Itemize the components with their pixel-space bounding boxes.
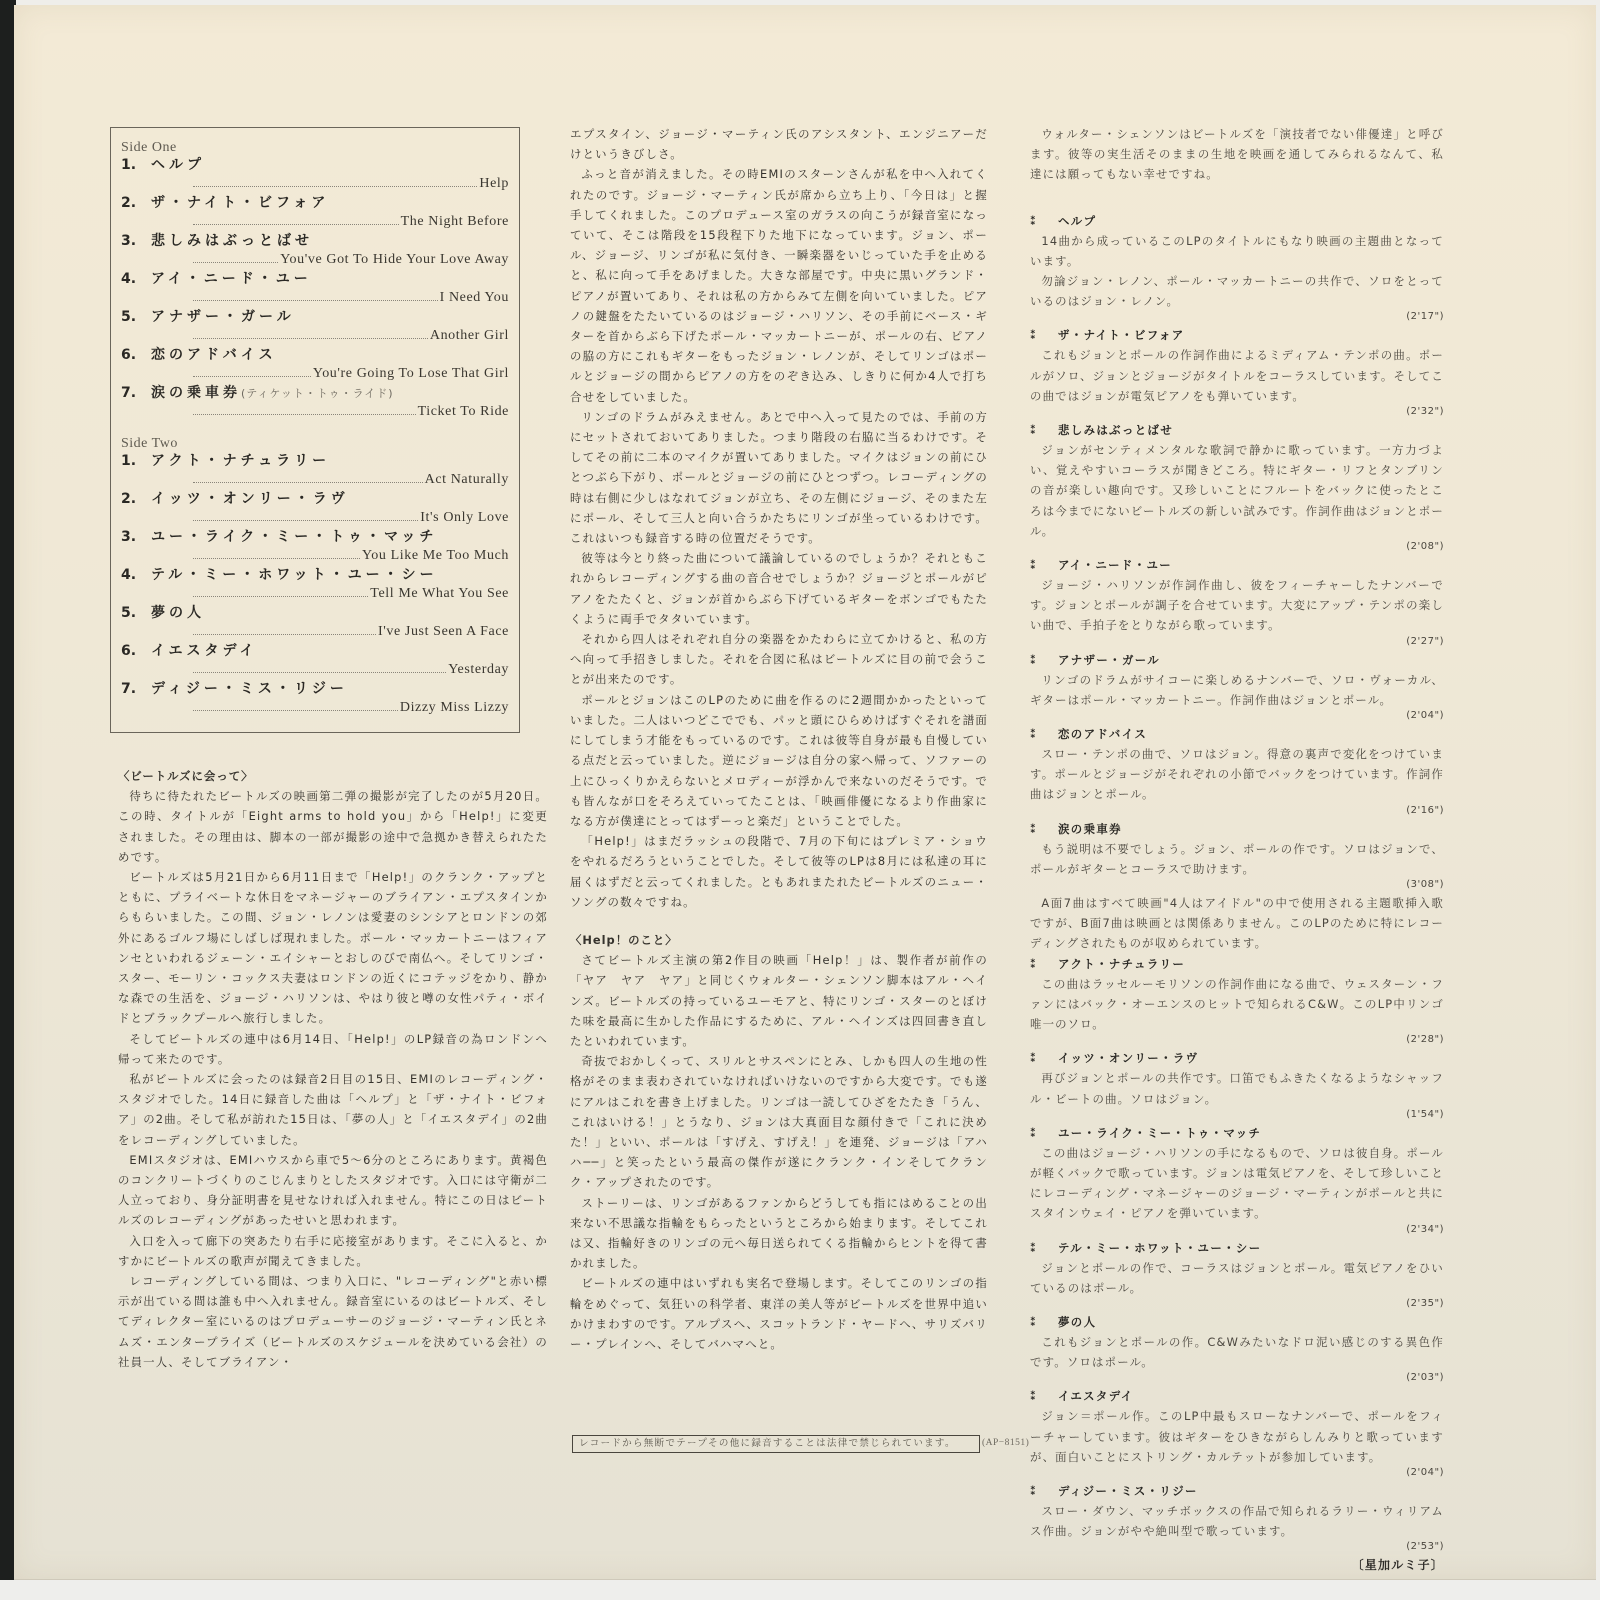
essay-heading: 〈ビートルズに会って〉 xyxy=(118,766,548,786)
side-two-label: Side Two xyxy=(121,436,509,452)
song-note: ⁑ヘルプ14曲から成っているこのLPのタイトルにもなり映画の主題曲となっています… xyxy=(1030,211,1444,326)
track-number: 6. xyxy=(121,642,151,660)
song-note-title-text: アイ・ニード・ユー xyxy=(1058,558,1172,572)
essay-paragraph: 「Help!」はまだラッシュの段階で、7月の下旬にはプレミア・ショウをやれるだろ… xyxy=(570,831,988,912)
song-note-title-text: ユー・ライク・ミー・トゥ・マッチ xyxy=(1058,1126,1261,1140)
song-note-text: 勿論ジョン・レノン、ポール・マッカートニーの共作で、ソロをとっているのはジョン・… xyxy=(1030,271,1444,311)
song-notes-column: ウォルター・シェンソンはビートルズを「演技者でない俳優達」と呼びます。彼等の実生… xyxy=(1030,124,1444,1576)
track-row: 6.イエスタデイYesterday xyxy=(121,642,509,680)
song-note-text: リンゴのドラムがサイコーに楽しめるナンバーで、ソロ・ヴォーカル、ギターはポール・… xyxy=(1030,670,1444,710)
track-title-english: Act Naturally xyxy=(425,471,509,489)
track-number: 7. xyxy=(121,680,151,698)
ornament-icon: ⁑ xyxy=(1030,211,1058,231)
song-note-title-text: ディジー・ミス・リジー xyxy=(1058,1484,1198,1498)
track-title-reading: (ティケット・トゥ・ライド) xyxy=(241,387,394,400)
leader-dots xyxy=(193,622,376,635)
legal-notice: レコードから無断でテープその他に録音することは法律で禁じられています。 xyxy=(572,1435,980,1453)
song-duration: (2'27") xyxy=(1030,634,1444,650)
track-row: 7.ディジー・ミス・リジーDizzy Miss Lizzy xyxy=(121,680,509,718)
essay-paragraph: 彼等は今とり終った曲について議論しているのでしょうか？それともこれからレコーディ… xyxy=(570,548,988,629)
track-title-english: Help xyxy=(479,175,509,193)
track-title-english: I've Just Seen A Face xyxy=(378,623,509,641)
track-number: 3. xyxy=(121,528,151,546)
help-section-body: さてビートルズ主演の第2作目の映画「Help！」は、製作者が前作の「ヤア ヤア … xyxy=(570,950,988,1354)
track-title-english-row: You Like Me Too Much xyxy=(193,546,509,565)
song-note-text: これもジョンとポールの作。C&Wみたいなドロ泥い感じのする異色作です。ソロはポー… xyxy=(1030,1332,1444,1372)
help-paragraph: さてビートルズ主演の第2作目の映画「Help！」は、製作者が前作の「ヤア ヤア … xyxy=(570,950,988,1051)
track-title-jp-text: ヘルプ xyxy=(151,157,205,173)
side-one-label: Side One xyxy=(121,140,509,156)
leader-dots xyxy=(193,698,398,711)
song-note-title: ⁑涙の乗車券 xyxy=(1030,819,1444,839)
essay-body-left: 待ちに待たれたビートルズの映画第二弾の撮影が完了したのが5月20日。この時、タイ… xyxy=(118,786,548,1372)
song-note-title: ⁑恋のアドバイス xyxy=(1030,724,1444,744)
ornament-icon: ⁑ xyxy=(1030,420,1058,440)
song-note-title: ⁑イエスタデイ xyxy=(1030,1386,1444,1406)
track-title-japanese: 7.ディジー・ミス・リジー xyxy=(121,680,509,698)
ornament-icon: ⁑ xyxy=(1030,1238,1058,1258)
essay-paragraph: 私がビートルズに会ったのは録音2日目の15日、EMIのレコーディング・スタジオで… xyxy=(118,1069,548,1150)
song-note: ⁑アナザー・ガールリンゴのドラムがサイコーに楽しめるナンバーで、ソロ・ヴォーカル… xyxy=(1030,650,1444,724)
help-paragraph: 奇抜でおかしくって、スリルとサスペンにとみ、しかも四人の生地の性格がそのまま表わ… xyxy=(570,1051,988,1192)
track-row: 7.涙の乗車券(ティケット・トゥ・ライド)Ticket To Ride xyxy=(121,384,509,422)
song-note-title-text: 涙の乗車券 xyxy=(1058,822,1122,836)
track-title-english-row: You're Going To Lose That Girl xyxy=(193,364,509,383)
track-row: 6.恋のアドバイスYou're Going To Lose That Girl xyxy=(121,346,509,384)
track-title-japanese: 6.イエスタデイ xyxy=(121,642,509,660)
leader-dots xyxy=(193,250,278,263)
track-title-jp-text: イッツ・オンリー・ラヴ xyxy=(151,491,349,507)
song-note-text: この曲はジョージ・ハリソンの手になるもので、ソロは彼自身。ポールが軽くバックで歌… xyxy=(1030,1143,1444,1224)
ornament-icon: ⁑ xyxy=(1030,1123,1058,1143)
help-section-heading: 〈Help！のこと〉 xyxy=(570,930,988,950)
track-title-japanese: 7.涙の乗車券(ティケット・トゥ・ライド) xyxy=(121,384,509,403)
author-credit: 〔星加ルミ子〕 xyxy=(1030,1555,1444,1575)
track-title-jp-text: 涙の乗車券 xyxy=(151,385,241,401)
track-title-jp-text: イエスタデイ xyxy=(151,643,257,659)
song-duration: (2'04") xyxy=(1030,1465,1444,1481)
song-duration: (2'34") xyxy=(1030,1222,1444,1238)
track-row: 4.テル・ミー・ホワット・ユー・シーTell Me What You See xyxy=(121,566,509,604)
leader-dots xyxy=(193,364,311,377)
track-title-english-row: Help xyxy=(193,174,509,193)
song-note-text: ジョン＝ポール作。このLP中最もスローなナンバーで、ポールをフィーチャーしていま… xyxy=(1030,1406,1444,1467)
ornament-icon: ⁑ xyxy=(1030,1048,1058,1068)
essay-column-left: 〈ビートルズに会って〉 待ちに待たれたビートルズの映画第二弾の撮影が完了したのが… xyxy=(118,766,548,1372)
track-row: 3.悲しみはぶっとばせYou've Got To Hide Your Love … xyxy=(121,232,509,270)
side-two-tracks: 1.アクト・ナチュラリーAct Naturally2.イッツ・オンリー・ラヴIt… xyxy=(121,452,509,718)
song-duration: (2'16") xyxy=(1030,803,1444,819)
song-note-text: A面7曲はすべて映画"4人はアイドル"の中で使用される主題歌挿入歌ですが、B面7… xyxy=(1030,893,1444,954)
song-duration: (2'32") xyxy=(1030,404,1444,420)
track-row: 5.夢の人I've Just Seen A Face xyxy=(121,604,509,642)
track-title-english-row: Tell Me What You See xyxy=(193,584,509,603)
song-duration: (3'08") xyxy=(1030,877,1444,893)
track-number: 7. xyxy=(121,384,151,402)
essay-paragraph: ビートルズは5月21日から6月11日まで「Help!」のクランク・アップとともに… xyxy=(118,867,548,1029)
track-title-japanese: 3.ユー・ライク・ミー・トゥ・マッチ xyxy=(121,528,509,546)
background-surface xyxy=(0,1580,1600,1600)
track-row: 2.イッツ・オンリー・ラヴIt's Only Love xyxy=(121,490,509,528)
track-title-japanese: 3.悲しみはぶっとばせ xyxy=(121,232,509,250)
song-note-title: ⁑ディジー・ミス・リジー xyxy=(1030,1481,1444,1501)
ornament-icon: ⁑ xyxy=(1030,1481,1058,1501)
track-title-english-row: It's Only Love xyxy=(193,508,509,527)
leader-dots xyxy=(193,402,416,415)
track-row: 2.ザ・ナイト・ビフォアThe Night Before xyxy=(121,194,509,232)
track-title-english: You've Got To Hide Your Love Away xyxy=(280,251,509,269)
track-title-english: Yesterday xyxy=(448,661,509,679)
ornament-icon: ⁑ xyxy=(1030,724,1058,744)
track-title-japanese: 4.アイ・ニード・ユー xyxy=(121,270,509,288)
leader-dots xyxy=(193,326,428,339)
leader-dots xyxy=(193,660,446,673)
track-number: 6. xyxy=(121,346,151,364)
song-duration: (2'03") xyxy=(1030,1370,1444,1386)
song-note-text: ジョージ・ハリソンが作詞作曲し、彼をフィーチャーしたナンバーです。ジョンとポール… xyxy=(1030,575,1444,636)
song-note-text: ジョンがセンティメンタルな歌詞で静かに歌っています。一方力づよい、覚えやすいコー… xyxy=(1030,440,1444,541)
song-note-title: ⁑アナザー・ガール xyxy=(1030,650,1444,670)
song-note: ⁑ユー・ライク・ミー・トゥ・マッチこの曲はジョージ・ハリソンの手になるもので、ソ… xyxy=(1030,1123,1444,1238)
song-note: ⁑恋のアドバイススロー・テンポの曲で、ソロはジョン。得意の裏声で変化をつけていま… xyxy=(1030,724,1444,819)
track-title-japanese: 1.ヘルプ xyxy=(121,156,509,174)
ornament-icon: ⁑ xyxy=(1030,650,1058,670)
song-note: ⁑イエスタデイジョン＝ポール作。このLP中最もスローなナンバーで、ポールをフィー… xyxy=(1030,1386,1444,1481)
song-note-title-text: イエスタデイ xyxy=(1058,1389,1134,1403)
track-number: 5. xyxy=(121,308,151,326)
track-title-english: Another Girl xyxy=(430,327,509,345)
track-title-japanese: 6.恋のアドバイス xyxy=(121,346,509,364)
catalog-number: (AP−8151) xyxy=(982,1438,1029,1448)
leader-dots xyxy=(193,174,477,187)
song-note: ⁑涙の乗車券もう説明は不要でしょう。ジョン、ポールの作です。ソロはジョンで、ポー… xyxy=(1030,819,1444,893)
song-note-title-text: イッツ・オンリー・ラヴ xyxy=(1058,1051,1198,1065)
ornament-icon: ⁑ xyxy=(1030,954,1058,974)
side-one-tracks: 1.ヘルプHelp2.ザ・ナイト・ビフォアThe Night Before3.悲… xyxy=(121,156,509,422)
song-note: ⁑テル・ミー・ホワット・ユー・シージョンとポールの作で、コーラスはジョンとポール… xyxy=(1030,1238,1444,1312)
song-note-text: これもジョンとポールの作詞作曲によるミディアム・テンポの曲。ポールがソロ、ジョン… xyxy=(1030,345,1444,406)
song-note-title: ⁑アクト・ナチュラリー xyxy=(1030,954,1444,974)
track-title-jp-text: 悲しみはぶっとばせ xyxy=(151,233,313,249)
track-title-jp-text: アイ・ニード・ユー xyxy=(151,271,312,287)
song-note-text: 14曲から成っているこのLPのタイトルにもなり映画の主題曲となっています。 xyxy=(1030,231,1444,271)
song-note: ⁑ディジー・ミス・リジースロー・ダウン、マッチボックスの作品で知られるラリー・ウ… xyxy=(1030,1481,1444,1555)
track-title-english-row: You've Got To Hide Your Love Away xyxy=(193,250,509,269)
song-note-title: ⁑テル・ミー・ホワット・ユー・シー xyxy=(1030,1238,1444,1258)
song-note-text: ジョンとポールの作で、コーラスはジョンとポール。電気ピアノをひいているのはポール… xyxy=(1030,1258,1444,1298)
song-note-title: ⁑ユー・ライク・ミー・トゥ・マッチ xyxy=(1030,1123,1444,1143)
track-row: 1.ヘルプHelp xyxy=(121,156,509,194)
track-number: 4. xyxy=(121,270,151,288)
song-duration: (2'53") xyxy=(1030,1539,1444,1555)
song-duration: (2'35") xyxy=(1030,1296,1444,1312)
track-title-japanese: 2.イッツ・オンリー・ラヴ xyxy=(121,490,509,508)
track-title-jp-text: アクト・ナチュラリー xyxy=(151,453,330,469)
track-row: 5.アナザー・ガールAnother Girl xyxy=(121,308,509,346)
song-note-title: ⁑ザ・ナイト・ビフォア xyxy=(1030,325,1444,345)
track-title-english-row: Yesterday xyxy=(193,660,509,679)
leader-dots xyxy=(193,508,418,521)
track-title-english: The Night Before xyxy=(401,213,509,231)
essay-body-middle: エプスタイン、ジョージ・マーティン氏のアシスタント、エンジニアーだけというきびし… xyxy=(570,124,988,912)
track-title-jp-text: ザ・ナイト・ビフォア xyxy=(151,195,329,211)
song-note: ⁑イッツ・オンリー・ラヴ再びジョンとポールの共作です。口笛でもふきたくなるような… xyxy=(1030,1048,1444,1122)
song-duration: (2'28") xyxy=(1030,1032,1444,1048)
song-note-title-text: 恋のアドバイス xyxy=(1058,727,1147,741)
essay-paragraph: リンゴのドラムがみえません。あとで中へ入って見たのでは、手前の方にセットされてお… xyxy=(570,407,988,548)
song-duration: (2'17") xyxy=(1030,309,1444,325)
essay-paragraph: レコーディングしている間は、つまり入口に、"レコーディング"と赤い標示が出ている… xyxy=(118,1271,548,1372)
song-note-title: ⁑イッツ・オンリー・ラヴ xyxy=(1030,1048,1444,1068)
track-number: 5. xyxy=(121,604,151,622)
essay-paragraph: 待ちに待たれたビートルズの映画第二弾の撮影が完了したのが5月20日。この時、タイ… xyxy=(118,786,548,867)
song-notes-list: ⁑ヘルプ14曲から成っているこのLPのタイトルにもなり映画の主題曲となっています… xyxy=(1030,211,1444,1556)
song-duration: (2'04") xyxy=(1030,708,1444,724)
ornament-icon: ⁑ xyxy=(1030,819,1058,839)
track-title-japanese: 2.ザ・ナイト・ビフォア xyxy=(121,194,509,212)
song-duration: (1'54") xyxy=(1030,1107,1444,1123)
track-number: 4. xyxy=(121,566,151,584)
track-number: 2. xyxy=(121,490,151,508)
essay-paragraph: 入口を入って廊下の突あたり右手に応接室があります。そこに入ると、かすかにビートル… xyxy=(118,1231,548,1271)
ornament-icon: ⁑ xyxy=(1030,1386,1058,1406)
leader-dots xyxy=(193,288,438,301)
essay-paragraph: それから四人はそれぞれ自分の楽器をかたわらに立てかけると、私の方へ向って手招きし… xyxy=(570,629,988,690)
track-title-english-row: The Night Before xyxy=(193,212,509,231)
track-title-english: Dizzy Miss Lizzy xyxy=(400,699,509,717)
song-duration: (2'08") xyxy=(1030,539,1444,555)
song-note-title-text: 夢の人 xyxy=(1058,1315,1096,1329)
essay-paragraph: ポールとジョンはこのLPのために曲を作るのに2週間かかったといっていました。二人… xyxy=(570,690,988,831)
track-title-jp-text: 夢の人 xyxy=(151,605,205,621)
track-number: 3. xyxy=(121,232,151,250)
track-title-english-row: Dizzy Miss Lizzy xyxy=(193,698,509,717)
track-title-jp-text: ユー・ライク・ミー・トゥ・マッチ xyxy=(151,529,437,545)
song-note: ⁑夢の人これもジョンとポールの作。C&Wみたいなドロ泥い感じのする異色作です。ソ… xyxy=(1030,1312,1444,1386)
song-note-text: スロー・テンポの曲で、ソロはジョン。得意の裏声で変化をつけています。ポールとジョ… xyxy=(1030,744,1444,805)
track-title-japanese: 1.アクト・ナチュラリー xyxy=(121,452,509,470)
leader-dots xyxy=(193,584,368,597)
track-title-jp-text: アナザー・ガール xyxy=(151,309,295,325)
track-title-japanese: 4.テル・ミー・ホワット・ユー・シー xyxy=(121,566,509,584)
song-note-title-text: アクト・ナチュラリー xyxy=(1058,957,1185,971)
track-number: 2. xyxy=(121,194,151,212)
song-note-text: この曲はラッセルーモリソンの作詞作曲になる曲で、ウェスターン・ファンにはバック・… xyxy=(1030,974,1444,1035)
ornament-icon: ⁑ xyxy=(1030,325,1058,345)
help-paragraph: ストーリーは、リンゴがあるファンからどうしても指にはめることの出来ない不思議な指… xyxy=(570,1193,988,1274)
song-note-text: スロー・ダウン、マッチボックスの作品で知られるラリー・ウィリアムス作曲。ジョンが… xyxy=(1030,1501,1444,1541)
essay-paragraph: エプスタイン、ジョージ・マーティン氏のアシスタント、エンジニアーだけというきびし… xyxy=(570,124,988,164)
help-paragraph: ビートルズの連中はいずれも実名で登場します。そしてこのリンゴの指輪をめぐって、気… xyxy=(570,1273,988,1354)
song-note-title: ⁑ヘルプ xyxy=(1030,211,1444,231)
song-note-title: ⁑夢の人 xyxy=(1030,1312,1444,1332)
song-note-title-text: ザ・ナイト・ビフォア xyxy=(1058,328,1185,342)
song-note: ⁑ザ・ナイト・ビフォアこれもジョンとポールの作詞作曲によるミディアム・テンポの曲… xyxy=(1030,325,1444,420)
leader-dots xyxy=(193,470,423,483)
track-title-japanese: 5.アナザー・ガール xyxy=(121,308,509,326)
song-note-title: ⁑悲しみはぶっとばせ xyxy=(1030,420,1444,440)
track-title-english-row: Act Naturally xyxy=(193,470,509,489)
track-title-english: It's Only Love xyxy=(420,509,509,527)
track-title-english: You're Going To Lose That Girl xyxy=(313,365,509,383)
track-title-jp-text: テル・ミー・ホワット・ユー・シー xyxy=(151,567,438,583)
track-number: 1. xyxy=(121,452,151,470)
leader-dots xyxy=(193,546,360,559)
ornament-icon: ⁑ xyxy=(1030,1312,1058,1332)
song-note: ⁑悲しみはぶっとばせジョンがセンティメンタルな歌詞で静かに歌っています。一方力づ… xyxy=(1030,420,1444,555)
track-title-english: I Need You xyxy=(440,289,509,307)
song-note-title-text: ヘルプ xyxy=(1058,214,1096,228)
essay-paragraph: EMIスタジオは、EMIハウスから車で5〜6分のところにあります。黄褐色のコンク… xyxy=(118,1150,548,1231)
leader-dots xyxy=(193,212,399,225)
essay-paragraph: そしてビートルズの連中は6月14日、「Help!」のLP録音の為ロンドンへ帰って… xyxy=(118,1029,548,1069)
track-title-jp-text: 恋のアドバイス xyxy=(151,347,277,363)
essay-paragraph: ふっと音が消えました。その時EMIのスターンさんが私を中へ入れてくれたのです。ジ… xyxy=(570,164,988,406)
essay-column-middle: エプスタイン、ジョージ・マーティン氏のアシスタント、エンジニアーだけというきびし… xyxy=(570,124,988,1354)
song-note: A面7曲はすべて映画"4人はアイドル"の中で使用される主題歌挿入歌ですが、B面7… xyxy=(1030,893,1444,954)
track-title-jp-text: ディジー・ミス・リジー xyxy=(151,681,348,697)
track-title-english: You Like Me Too Much xyxy=(362,547,509,565)
help-section-closing: ウォルター・シェンソンはビートルズを「演技者でない俳優達」と呼びます。彼等の実生… xyxy=(1030,124,1444,185)
track-title-english: Tell Me What You See xyxy=(370,585,509,603)
song-note-text: 再びジョンとポールの共作です。口笛でもふきたくなるようなシャッフル・ビートの曲。… xyxy=(1030,1068,1444,1108)
track-row: 4.アイ・ニード・ユーI Need You xyxy=(121,270,509,308)
song-note: ⁑アクト・ナチュラリーこの曲はラッセルーモリソンの作詞作曲になる曲で、ウェスター… xyxy=(1030,954,1444,1049)
song-note-title-text: 悲しみはぶっとばせ xyxy=(1058,423,1173,437)
track-title-english-row: Ticket To Ride xyxy=(193,402,509,421)
song-note-title: ⁑アイ・ニード・ユー xyxy=(1030,555,1444,575)
song-note-text: もう説明は不要でしょう。ジョン、ポールの作です。ソロはジョンで、ポールがギターと… xyxy=(1030,839,1444,879)
track-title-english-row: Another Girl xyxy=(193,326,509,345)
track-title-english: Ticket To Ride xyxy=(418,403,509,421)
tracklist-box: Side One 1.ヘルプHelp2.ザ・ナイト・ビフォアThe Night … xyxy=(110,127,520,733)
song-note-title-text: アナザー・ガール xyxy=(1058,653,1160,667)
track-row: 1.アクト・ナチュラリーAct Naturally xyxy=(121,452,509,490)
song-note-title-text: テル・ミー・ホワット・ユー・シー xyxy=(1058,1241,1262,1255)
ornament-icon: ⁑ xyxy=(1030,555,1058,575)
track-number: 1. xyxy=(121,156,151,174)
track-title-english-row: I Need You xyxy=(193,288,509,307)
track-title-english-row: I've Just Seen A Face xyxy=(193,622,509,641)
track-title-japanese: 5.夢の人 xyxy=(121,604,509,622)
song-note: ⁑アイ・ニード・ユージョージ・ハリソンが作詞作曲し、彼をフィーチャーしたナンバー… xyxy=(1030,555,1444,650)
track-row: 3.ユー・ライク・ミー・トゥ・マッチYou Like Me Too Much xyxy=(121,528,509,566)
